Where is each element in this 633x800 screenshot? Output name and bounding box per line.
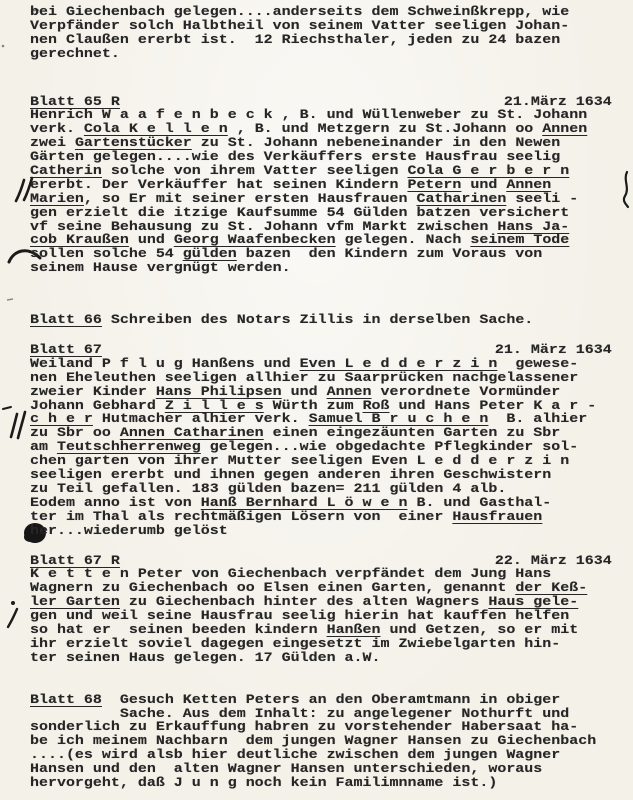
text-run: nen Eheleuthen seeligen allhier zu Saarp… <box>30 370 578 385</box>
text-run: sonderlich zu Erkauffung habren zu vorst… <box>30 719 578 734</box>
underlined-text: Z i l l e s <box>165 398 264 413</box>
text-run: Sache. Aus dem Inhalt: zu angelegener No… <box>30 706 569 721</box>
underlined-text: Gartenstücker <box>75 135 192 150</box>
text-run: bazen den Kindern zum Voraus von <box>237 246 543 261</box>
underlined-text: Teutschherrenweg <box>57 439 201 454</box>
text-line: K e t t e n Peter von Giechenbach verpfä… <box>30 567 612 581</box>
text-run: Gesuch Ketten Peters an den Oberamtmann … <box>102 692 560 707</box>
text-run: K e t t e n Peter von Giechenbach verpfä… <box>30 566 551 581</box>
entry-header: Blatt 67 R22. März 1634 <box>30 554 612 568</box>
underlined-text: ler Garten <box>30 594 120 609</box>
text-line: seinem Hause vergnügt werden. <box>30 261 612 275</box>
speck <box>7 299 13 300</box>
text-run: verk. <box>30 121 84 136</box>
text-run: Würth zum <box>264 398 363 413</box>
text-line: Sache. Aus dem Inhalt: zu angelegener No… <box>30 707 612 721</box>
text-line: zweier Kinder Hans Philipsen und Annen v… <box>30 385 612 399</box>
underlined-text: Annen <box>327 384 372 399</box>
text-run: bei Giechenbach gelegen....anderseits de… <box>30 4 569 19</box>
text-line: ter im Thal als rechtmäßigen Lösern von … <box>30 510 612 524</box>
text-line: Wagnern zu Giechenbach oo Elsen einen Ga… <box>30 581 612 595</box>
underlined-text: Even L e d d e r z i n <box>300 356 498 371</box>
text-run: zweier Kinder <box>30 384 156 399</box>
entry-blatt-67r: Blatt 67 R22. März 1634K e t t e n Peter… <box>30 554 612 665</box>
text-line: gerechnet. <box>30 47 612 61</box>
continuation-paragraph: bei Giechenbach gelegen....anderseits de… <box>30 5 612 61</box>
text-line: verk. Cola K e l l e n , B. und Metzgern… <box>30 122 612 136</box>
text-line: bei Giechenbach gelegen....anderseits de… <box>30 5 612 19</box>
text-line: so hat er seinen beeden kindern Hanßen u… <box>30 623 612 637</box>
blatt-label: Blatt 67 <box>30 343 102 357</box>
text-run: gen erzielt die itzige Kaufsumme 54 Güld… <box>30 205 569 220</box>
underlined-text: Hans Ja- <box>497 219 569 234</box>
underlined-text: Annen <box>506 177 551 192</box>
text-line: Hansen und den alten Wagner Hansen unter… <box>30 762 612 776</box>
underlined-text: Hanßen <box>327 622 381 637</box>
text-run: nen Claußen ererbt ist. 12 Riechsthaler,… <box>30 32 560 47</box>
text-run: B. und Gasthal- <box>407 495 551 510</box>
text-run: einen eingezäunten Garten zu Sbr <box>264 425 561 440</box>
text-run: ter seinen Haus gelegen. 17 Gülden a.W. <box>30 650 380 665</box>
text-run: verordnete Vormünder <box>372 384 561 399</box>
text-run: sollen solche 54 <box>30 246 183 261</box>
entry-blatt-65r: Blatt 65 R21.März 1634Henrich W a a f e … <box>30 95 612 276</box>
text-line: seeligen ererbt und ihnen gegen anderen … <box>30 468 612 482</box>
text-run: ererbt. Der Verkäuffer hat seinen Kinder… <box>30 177 407 192</box>
text-line: vf seine Behausung zu St. Johann vfm Mar… <box>30 220 612 234</box>
text-run: ter im Thal als rechtmäßigen Lösern von … <box>30 509 452 524</box>
text-run: Weiland P f l u g Hanßens und <box>30 356 300 371</box>
text-run: Schreiben des Notars Zillis in derselben… <box>102 312 533 327</box>
text-run: Eodem anno ist von <box>30 495 201 510</box>
text-line: nen Claußen ererbt ist. 12 Riechsthaler,… <box>30 33 612 47</box>
blatt-label: Blatt 67 R <box>30 554 120 568</box>
underlined-text: gülden <box>183 246 237 261</box>
text-line: am Teutschherrenweg gelegen...wie obgeda… <box>30 440 612 454</box>
text-line: cob Kraußen und Georg Waafenbecken geleg… <box>30 233 612 247</box>
right-margin-squiggle <box>624 172 628 207</box>
text-run: am <box>30 439 57 454</box>
underlined-text: Haus gele- <box>488 594 578 609</box>
text-run: seeli - <box>506 191 578 206</box>
text-line: ter seinen Haus gelegen. 17 Gülden a.W. <box>30 651 612 665</box>
underlined-text: Hausfrauen <box>452 509 542 524</box>
text-run: , so Er mit seiner ersten Hausfrauen <box>84 191 417 206</box>
underlined-text: cob Kraußen <box>30 232 129 247</box>
text-run: Gärten gelegen....wie des Verkäuffers er… <box>30 149 560 164</box>
underlined-text: Samuel B r u c h e n <box>309 411 489 426</box>
underlined-text: Catharinen <box>416 191 506 206</box>
text-run: gerechnet. <box>30 46 120 61</box>
text-line: Gärten gelegen....wie des Verkäuffers er… <box>30 150 612 164</box>
text-line: hervorgeht, daß J u n g noch kein Famili… <box>30 776 612 790</box>
text-run: Hansen und den alten Wagner Hansen unter… <box>30 761 542 776</box>
text-run: chen garten von ihrer Mutter seeligen Ev… <box>30 453 569 468</box>
text-line: ....(es wird alsb hier deutliche zwische… <box>30 748 612 762</box>
text-line: Catherin solche von ihrem Vatter seelige… <box>30 164 612 178</box>
text-line: zu Teil gefallen. 183 gülden bazen= 211 … <box>30 482 612 496</box>
text-line: ererbt. Der Verkäuffer hat seinen Kinder… <box>30 178 612 192</box>
slash-ink-mark <box>8 601 17 627</box>
text-run: seeligen ererbt und ihnen gegen anderen … <box>30 467 551 482</box>
text-run: zu Giechenbach hinter des alten Wagners <box>120 594 488 609</box>
text-line: zu Sbr oo Annen Catharinen einen eingezä… <box>30 426 612 440</box>
underlined-text: Hanß Bernhard L ö w e n <box>201 495 408 510</box>
entry-blatt-66: Blatt 66 Schreiben des Notars Zillis in … <box>30 313 612 327</box>
text-run: gewese- <box>497 356 578 371</box>
double-stroke-ink-mark <box>3 407 25 438</box>
text-line: ihr erzielt soviel dagegen eingesetzt im… <box>30 637 612 651</box>
text-run: hervorgeht, daß J u n g noch kein Famili… <box>30 775 497 790</box>
text-line: be ich meinem Nachbarn dem jungen Wagner… <box>30 734 612 748</box>
underlined-text: Cola G e r b e r n <box>407 163 569 178</box>
text-line: Marien, so Er mit seiner ersten Hausfrau… <box>30 192 612 206</box>
text-run: zu Sbr oo <box>30 425 120 440</box>
text-run: und Hans Peter K a r - <box>390 398 597 413</box>
text-line: chen garten von ihrer Mutter seeligen Ev… <box>30 454 612 468</box>
text-run: und <box>282 384 327 399</box>
entry-header: Blatt 65 R21.März 1634 <box>30 95 612 109</box>
text-line: ler Garten zu Giechenbach hinter des alt… <box>30 595 612 609</box>
underlined-text: Marien <box>30 191 84 206</box>
text-run: solche von ihrem Vatter seeligen <box>102 163 408 178</box>
text-line: gen und weil seine Hausfrau seelig hieri… <box>30 609 612 623</box>
text-line: gen erzielt die itzige Kaufsumme 54 Güld… <box>30 206 612 220</box>
text-line: zwei Gartenstücker zu St. Johann nebenei… <box>30 136 612 150</box>
entry-date: 21.März 1634 <box>504 95 612 109</box>
underlined-text: Georg Waafenbecken <box>174 232 336 247</box>
text-run: zu Teil gefallen. 183 gülden bazen= 211 … <box>30 481 506 496</box>
text-run: Henrich W a a f e n b e c k , B. und Wül… <box>30 107 587 122</box>
text-line: nen Eheleuthen seeligen allhier zu Saarp… <box>30 371 612 385</box>
underlined-text: seinem Tode <box>470 232 569 247</box>
text-line: Blatt 68 Gesuch Ketten Peters an den Obe… <box>30 693 612 707</box>
text-run: Hutmacher alhier verk. <box>93 411 309 426</box>
entry-blatt-68: Blatt 68 Gesuch Ketten Peters an den Obe… <box>30 693 612 790</box>
underlined-text: Annen <box>542 121 587 136</box>
text-run: be ich meinem Nachbarn dem jungen Wagner… <box>30 733 596 748</box>
speck <box>2 45 5 48</box>
entry-date: 22. März 1634 <box>495 554 612 568</box>
entry-header: Blatt 6721. März 1634 <box>30 343 612 357</box>
text-line: Verpfänder solch Halbtheil von seinem Va… <box>30 19 612 33</box>
text-run: Johann Gebhard <box>30 398 165 413</box>
underlined-text: Roß <box>363 398 390 413</box>
text-run: , B. und Metzgern zu St.Johann oo <box>228 121 543 136</box>
text-line: sonderlich zu Erkauffung habren zu vorst… <box>30 720 612 734</box>
text-line: Henrich W a a f e n b e c k , B. und Wül… <box>30 108 612 122</box>
underlined-text: Blatt 66 <box>30 312 102 327</box>
text-line: Weiland P f l u g Hanßens und Even L e d… <box>30 357 612 371</box>
text-run: Verpfänder solch Halbtheil von seinem Va… <box>30 18 569 33</box>
underlined-text: c h e r <box>30 411 93 426</box>
underlined-text: Annen Catharinen <box>120 425 264 440</box>
text-line: her...wiederumb gelöst <box>30 524 612 538</box>
text-run: B. alhier <box>488 411 587 426</box>
text-run: zwei <box>30 135 75 150</box>
text-run: gelegen. Nach <box>336 232 471 247</box>
underlined-text: Catherin <box>30 163 102 178</box>
text-line: Eodem anno ist von Hanß Bernhard L ö w e… <box>30 496 612 510</box>
text-run: gen und weil seine Hausfrau seelig hieri… <box>30 608 569 623</box>
blatt-label: Blatt 65 R <box>30 95 120 109</box>
text-run: Wagnern zu Giechenbach oo Elsen einen Ga… <box>30 580 515 595</box>
entry-date: 21. März 1634 <box>495 343 612 357</box>
underlined-text: Petern <box>407 177 461 192</box>
text-line: Blatt 66 Schreiben des Notars Zillis in … <box>30 313 612 327</box>
text-run: so hat er seinen beeden kindern <box>30 622 327 637</box>
entry-blatt-67: Blatt 6721. März 1634Weiland P f l u g H… <box>30 343 612 537</box>
text-run: ....(es wird alsb hier deutliche zwische… <box>30 747 560 762</box>
typewritten-text: bei Giechenbach gelegen....anderseits de… <box>30 5 612 790</box>
text-run: vf seine Behausung zu St. Johann vfm Mar… <box>30 219 497 234</box>
document-page: bei Giechenbach gelegen....anderseits de… <box>0 0 633 800</box>
text-run: her...wiederumb gelöst <box>30 523 228 538</box>
text-run: gelegen...wie obgedachte Pflegkinder sol… <box>201 439 578 454</box>
underlined-text: der Keß- <box>515 580 587 595</box>
text-run: seinem Hause vergnügt werden. <box>30 260 291 275</box>
text-line: c h e r Hutmacher alhier verk. Samuel B … <box>30 412 612 426</box>
text-run: zu St. Johann nebeneinander in den Newen <box>192 135 560 150</box>
text-run: und <box>461 177 506 192</box>
text-run: ihr erzielt soviel dagegen eingesetzt im… <box>30 636 560 651</box>
text-line: Johann Gebhard Z i l l e s Würth zum Roß… <box>30 399 612 413</box>
underlined-text: Hans Philipsen <box>156 384 282 399</box>
underlined-text: Cola K e l l e n <box>84 121 228 136</box>
text-line: sollen solche 54 gülden bazen den Kinder… <box>30 247 612 261</box>
underlined-text: Blatt 68 <box>30 692 102 707</box>
text-run: und Getzen, so er mit <box>381 622 579 637</box>
text-run: und <box>129 232 174 247</box>
